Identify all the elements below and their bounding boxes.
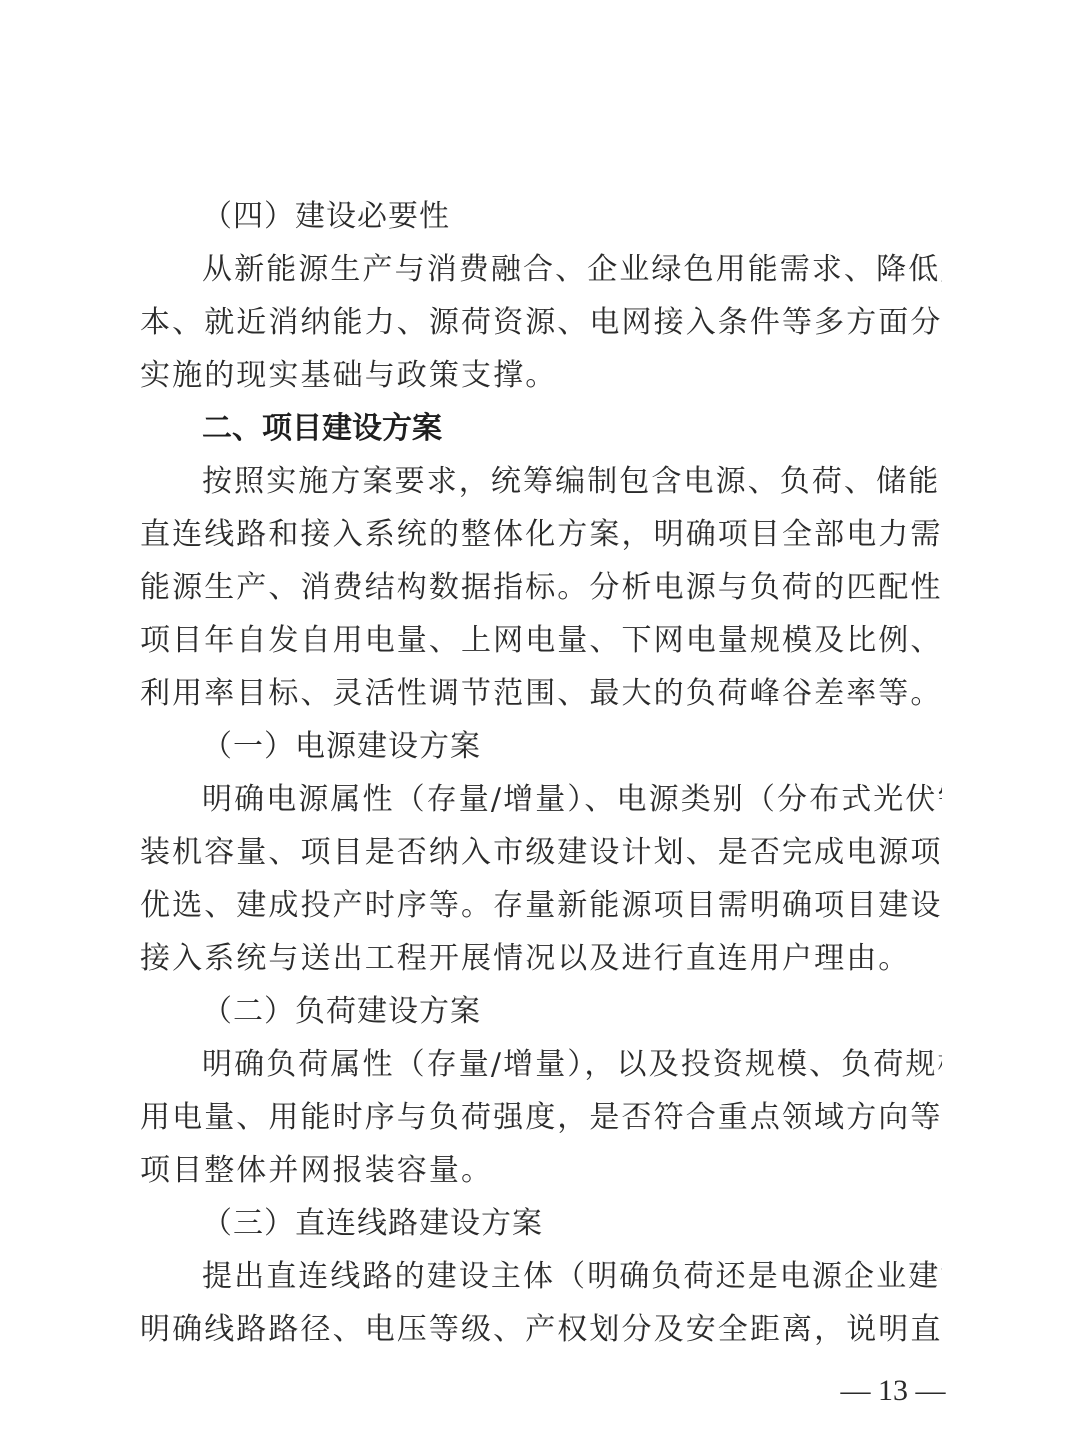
paragraph-line: 明确负荷属性（存量/增量），以及投资规模、负荷规模、年 <box>140 1038 942 1091</box>
paragraph-line: 装机容量、项目是否纳入市级建设计划、是否完成电源项目业主 <box>140 826 942 879</box>
paragraph-line: 用电量、用能时序与负荷强度，是否符合重点领域方向等。明确 <box>140 1091 942 1144</box>
paragraph-line: 提出直连线路的建设主体（明确负荷还是电源企业建设）， <box>140 1250 942 1303</box>
section-heading-load: （二）负荷建设方案 <box>140 985 942 1038</box>
section-heading-necessity: （四）建设必要性 <box>140 190 942 243</box>
section-heading-direct-line: （三）直连线路建设方案 <box>140 1197 942 1250</box>
paragraph-line: 实施的现实基础与政策支撑。 <box>140 349 942 402</box>
document-page: （四）建设必要性 从新能源生产与消费融合、企业绿色用能需求、降低用能成 本、就近… <box>140 190 942 1356</box>
paragraph-line: 接入系统与送出工程开展情况以及进行直连用户理由。 <box>140 932 942 985</box>
paragraph-line: 从新能源生产与消费融合、企业绿色用能需求、降低用能成 <box>140 243 942 296</box>
paragraph-line: 明确线路路径、电压等级、产权划分及安全距离，说明直连线路 <box>140 1303 942 1356</box>
paragraph-line: 按照实施方案要求，统筹编制包含电源、负荷、储能（如需）、 <box>140 455 942 508</box>
paragraph-line: 本、就近消纳能力、源荷资源、电网接入条件等多方面分析项目 <box>140 296 942 349</box>
paragraph-line: 明确电源属性（存量/增量）、电源类别（分布式光伏需注明）、 <box>140 773 942 826</box>
paragraph-line: 项目年自发自用电量、上网电量、下网电量规模及比例、新能源 <box>140 614 942 667</box>
paragraph-line: 项目整体并网报装容量。 <box>140 1144 942 1197</box>
paragraph-line: 利用率目标、灵活性调节范围、最大的负荷峰谷差率等。 <box>140 667 942 720</box>
paragraph-line: 直连线路和接入系统的整体化方案，明确项目全部电力需求及新 <box>140 508 942 561</box>
section-heading-power-source: （一）电源建设方案 <box>140 720 942 773</box>
paragraph-line: 优选、建成投产时序等。存量新能源项目需明确项目建设进展、 <box>140 879 942 932</box>
paragraph-line: 能源生产、消费结构数据指标。分析电源与负荷的匹配性，核算 <box>140 561 942 614</box>
page-number: — 13 — <box>838 1371 948 1411</box>
section-heading-construction-plan: 二、项目建设方案 <box>140 402 942 455</box>
